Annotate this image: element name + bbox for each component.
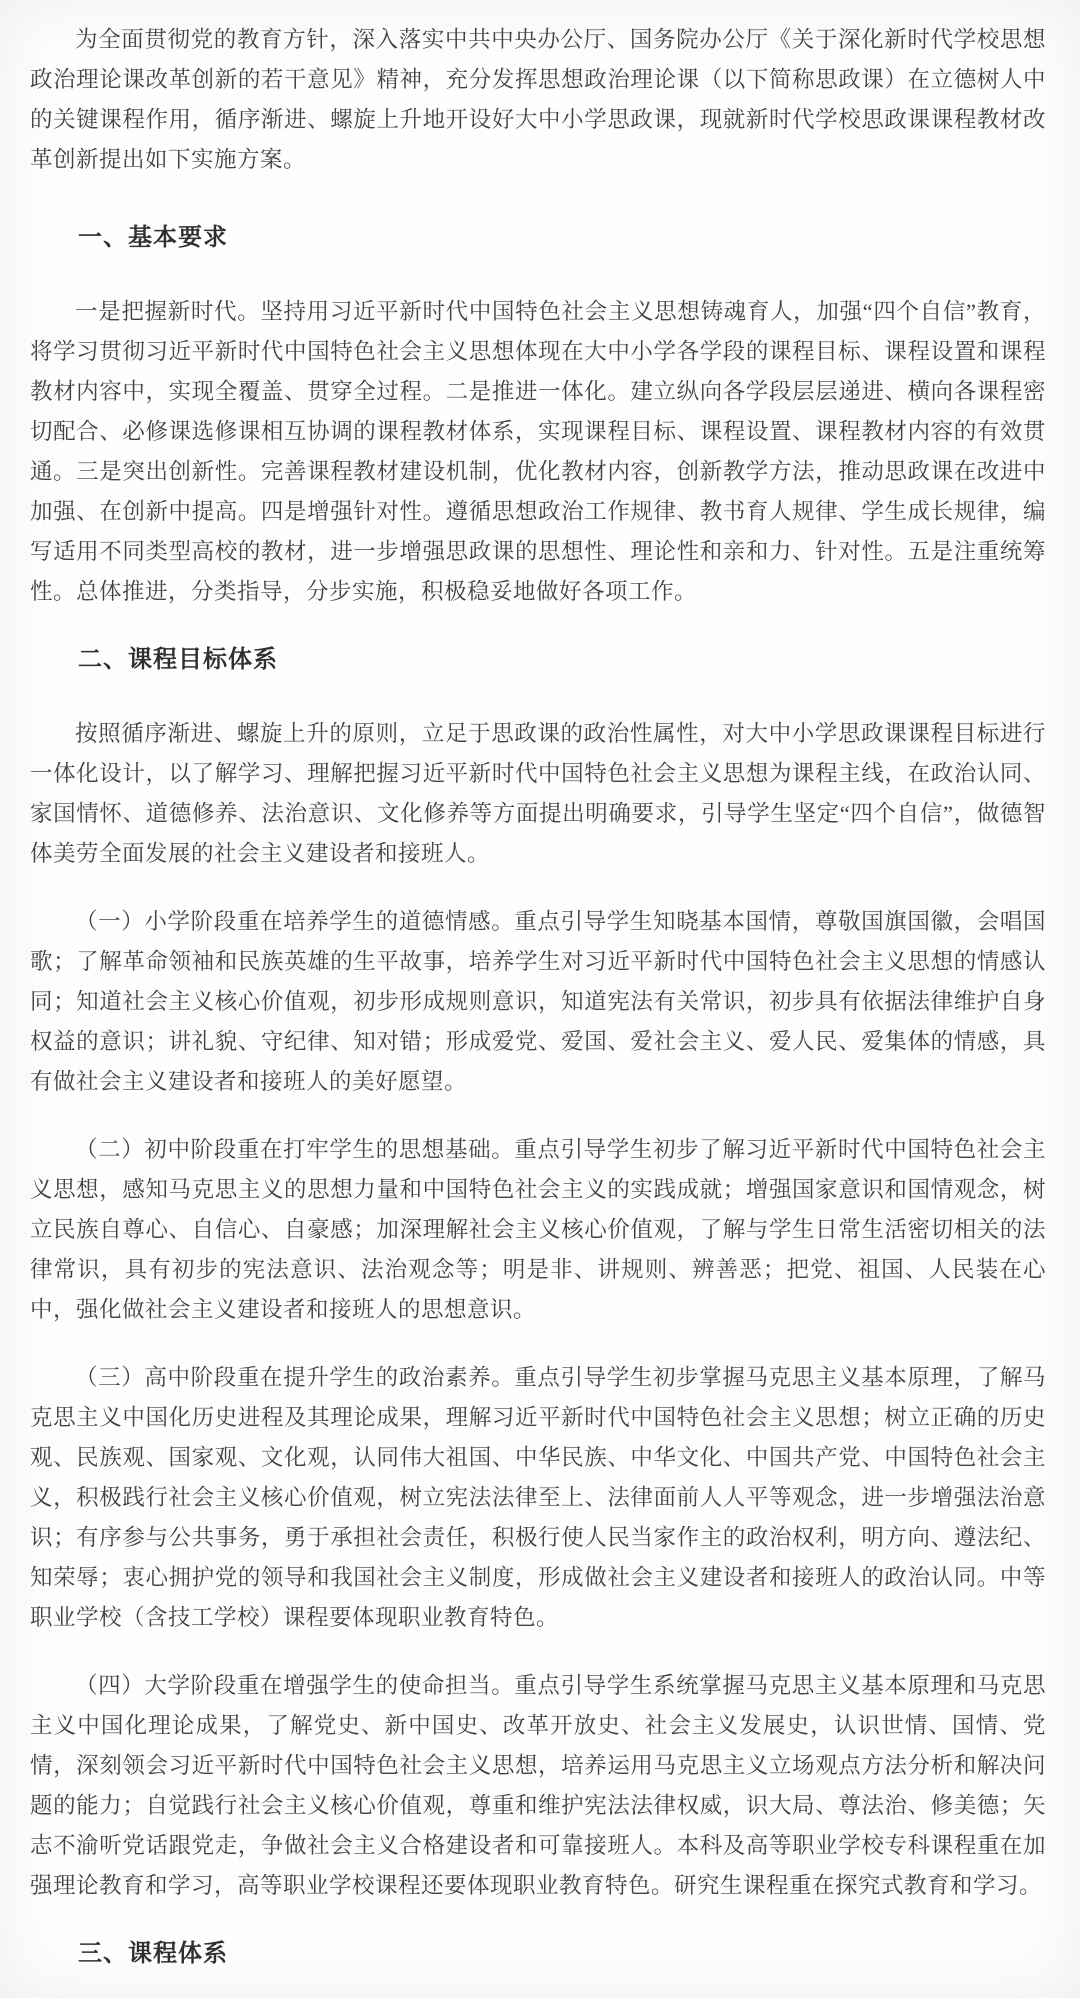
paragraph-basic-requirements: 一是把握新时代。坚持用习近平新时代中国特色社会主义思想铸魂育人，加强“四个自信”…	[30, 292, 1046, 612]
section-heading-curriculum-system: 三、课程体系	[30, 1934, 1046, 1974]
paragraph-high-school-stage: （三）高中阶段重在提升学生的政治素养。重点引导学生初步掌握马克思主义基本原理，了…	[30, 1358, 1046, 1638]
section-heading-basic-requirements: 一、基本要求	[30, 218, 1046, 258]
document-page: 为全面贯彻党的教育方针，深入落实中共中央办公厅、国务院办公厅《关于深化新时代学校…	[0, 0, 1080, 1998]
paragraph-primary-school-stage: （一）小学阶段重在培养学生的道德情感。重点引导学生知晓基本国情，尊敬国旗国徽，会…	[30, 902, 1046, 1102]
paragraph-university-stage: （四）大学阶段重在增强学生的使命担当。重点引导学生系统掌握马克思主义基本原理和马…	[30, 1666, 1046, 1906]
paragraph-middle-school-stage: （二）初中阶段重在打牢学生的思想基础。重点引导学生初步了解习近平新时代中国特色社…	[30, 1130, 1046, 1330]
paragraph-intro: 为全面贯彻党的教育方针，深入落实中共中央办公厅、国务院办公厅《关于深化新时代学校…	[30, 20, 1046, 180]
paragraph-goal-overview: 按照循序渐进、螺旋上升的原则，立足于思政课的政治性属性，对大中小学思政课课程目标…	[30, 714, 1046, 874]
section-heading-curriculum-goal-system: 二、课程目标体系	[30, 640, 1046, 680]
